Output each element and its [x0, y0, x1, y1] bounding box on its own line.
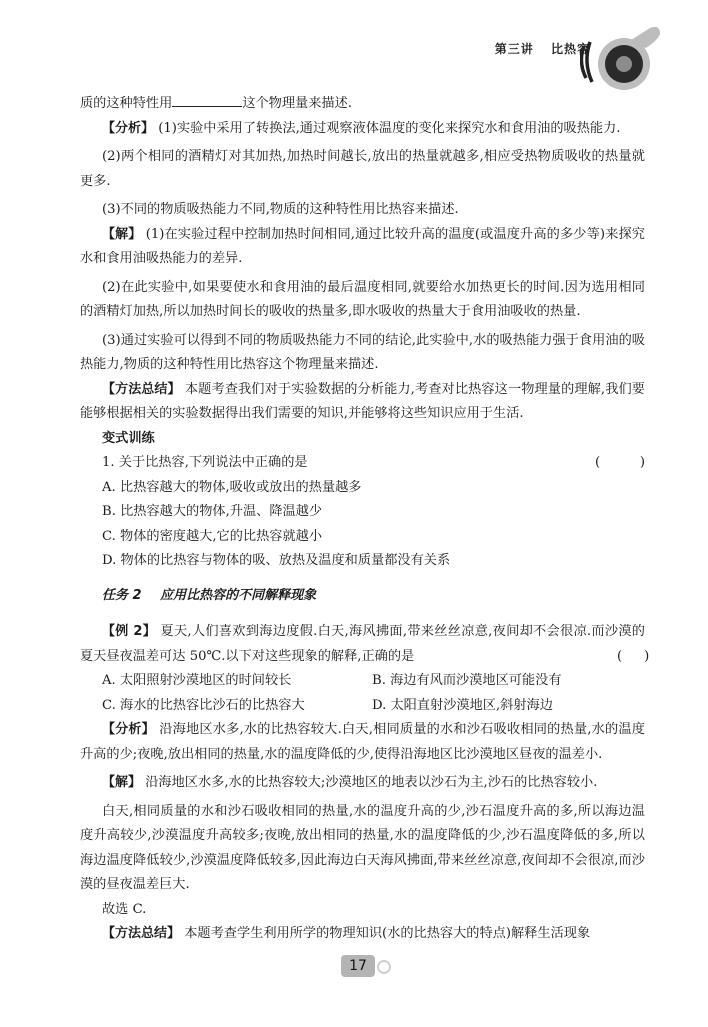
method2: 【方法总结】 本题考查学生利用所学的物理知识(水的比热容大的特点)解释生活现象 [80, 922, 645, 947]
example2-option-d: D. 太阳直射沙漠地区,斜射海边 [372, 694, 642, 719]
page-number: 17 [341, 955, 375, 977]
speaker-lens-icon [580, 24, 670, 94]
exercise-question: 1. 关于比热容,下列说法中正确的是 ( ) [80, 451, 645, 476]
analysis1-p1: 【分析】 (1)实验中采用了转换法,通过观察液体温度的变化来探究水和食用油的吸热… [80, 117, 645, 142]
solution2-p2: 白天,相同质量的水和沙石吸收相同的热量,水的温度升高的少,沙石温度升高的多,所以… [80, 800, 645, 898]
running-header: 第三讲 比热容 [495, 40, 590, 57]
paren-close: ) [622, 645, 649, 670]
exercise-option-a: A. 比热容越大的物体,吸收或放出的热量越多 [80, 476, 645, 501]
solution2-text: 沿海地区水多,水的比热容较大;沙漠地区的地表以沙石为主,沙石的比热容较小. [145, 775, 597, 790]
paren-close: ) [640, 451, 645, 476]
solution1-p2: (2)在此实验中,如果要使水和食用油的最后温度相同,就要给水加热更长的时间.因为… [80, 276, 645, 325]
page-dot-icon [377, 960, 391, 974]
solution1-p3: (3)通过实验可以得到不同的物质吸热能力不同的结论,此实验中,水的吸热能力强于食… [80, 329, 645, 378]
task2-heading: 任务 2 应用比热容的不同解释现象 [80, 584, 645, 609]
question-text: 1. 关于比热容,下列说法中正确的是 [102, 455, 308, 470]
task-title: 应用比热容的不同解释现象 [160, 588, 316, 603]
example2-option-b: B. 海边有风而沙漠地区可能没有 [372, 669, 642, 694]
exercise-option-d: D. 物体的比热容与物体的吸、放热及温度和质量都没有关系 [80, 549, 645, 574]
example2-options-row1: A. 太阳照射沙漠地区的时间较长 B. 海边有风而沙漠地区可能没有 [80, 669, 645, 694]
analysis1-text: (1)实验中采用了转换法,通过观察液体温度的变化来探究水和食用油的吸热能力. [158, 121, 620, 136]
answer-paren: ( ) [595, 645, 645, 670]
example-tag: 【例 2】 [102, 624, 156, 639]
task-number: 任务 2 [102, 588, 142, 603]
paren-open: ( [595, 645, 622, 670]
answer-paren: ( ) [595, 451, 645, 476]
solution2-p1: 【解】 沿海地区水多,水的比热容较大;沙漠地区的地表以沙石为主,沙石的比热容较小… [80, 771, 645, 796]
example2: 【例 2】 夏天,人们喜欢到海边度假.白天,海风拂面,带来丝丝凉意,夜间却不会很… [80, 620, 645, 669]
method1: 【方法总结】 本题考查我们对于实验数据的分析能力,考查对比热容这一物理量的理解,… [80, 378, 645, 427]
solution1-text: (1)在实验过程中控制加热时间相同,通过比较升高的温度(或温度升高的多少等)来探… [80, 227, 645, 267]
solution1-p1: 【解】 (1)在实验过程中控制加热时间相同,通过比较升高的温度(或温度升高的多少… [80, 223, 645, 272]
fill-in-blank [172, 92, 242, 107]
paren-open: ( [595, 451, 600, 476]
analysis2-text: 沿海地区水多,水的比热容较大.白天,相同质量的水和沙石吸收相同的热量,水的温度升… [80, 722, 645, 762]
exercise-heading: 变式训练 [80, 427, 645, 452]
method2-text: 本题考查学生利用所学的物理知识(水的比热容大的特点)解释生活现象 [184, 926, 590, 941]
analysis1-p3: (3)不同的物质吸热能力不同,物质的这种特性用比热容来描述. [80, 198, 645, 223]
analysis1-p2: (2)两个相同的酒精灯对其加热,加热时间越长,放出的热量就越多,相应受热物质吸收… [80, 145, 645, 194]
analysis2: 【分析】 沿海地区水多,水的比热容较大.白天,相同质量的水和沙石吸收相同的热量,… [80, 718, 645, 767]
solution2-p3: 故选 C. [80, 898, 645, 923]
example2-option-a: A. 太阳照射沙漠地区的时间较长 [102, 669, 372, 694]
solution-tag: 【解】 [102, 775, 141, 790]
method-summary-tag: 【方法总结】 [102, 382, 181, 397]
example2-text: 夏天,人们喜欢到海边度假.白天,海风拂面,带来丝丝凉意,夜间却不会很凉.而沙漠的… [80, 624, 645, 664]
method-summary-tag: 【方法总结】 [102, 926, 180, 941]
exercise-option-b: B. 比热容越大的物体,升温、降温越少 [80, 500, 645, 525]
analysis-tag: 【分析】 [102, 121, 154, 136]
analysis-tag: 【分析】 [102, 722, 155, 737]
solution-tag: 【解】 [102, 227, 141, 242]
intro-line: 质的这种特性用这个物理量来描述. [80, 92, 645, 117]
page-content: 质的这种特性用这个物理量来描述. 【分析】 (1)实验中采用了转换法,通过观察液… [80, 92, 645, 947]
example2-options-row2: C. 海水的比热容比沙石的比热容大 D. 太阳直射沙漠地区,斜射海边 [80, 694, 645, 719]
chapter-label: 第三讲 [495, 42, 534, 56]
example2-option-c: C. 海水的比热容比沙石的比热容大 [102, 694, 372, 719]
exercise-option-c: C. 物体的密度越大,它的比热容就越小 [80, 525, 645, 550]
intro-after: 这个物理量来描述. [242, 96, 352, 111]
intro-before: 质的这种特性用 [80, 96, 172, 111]
